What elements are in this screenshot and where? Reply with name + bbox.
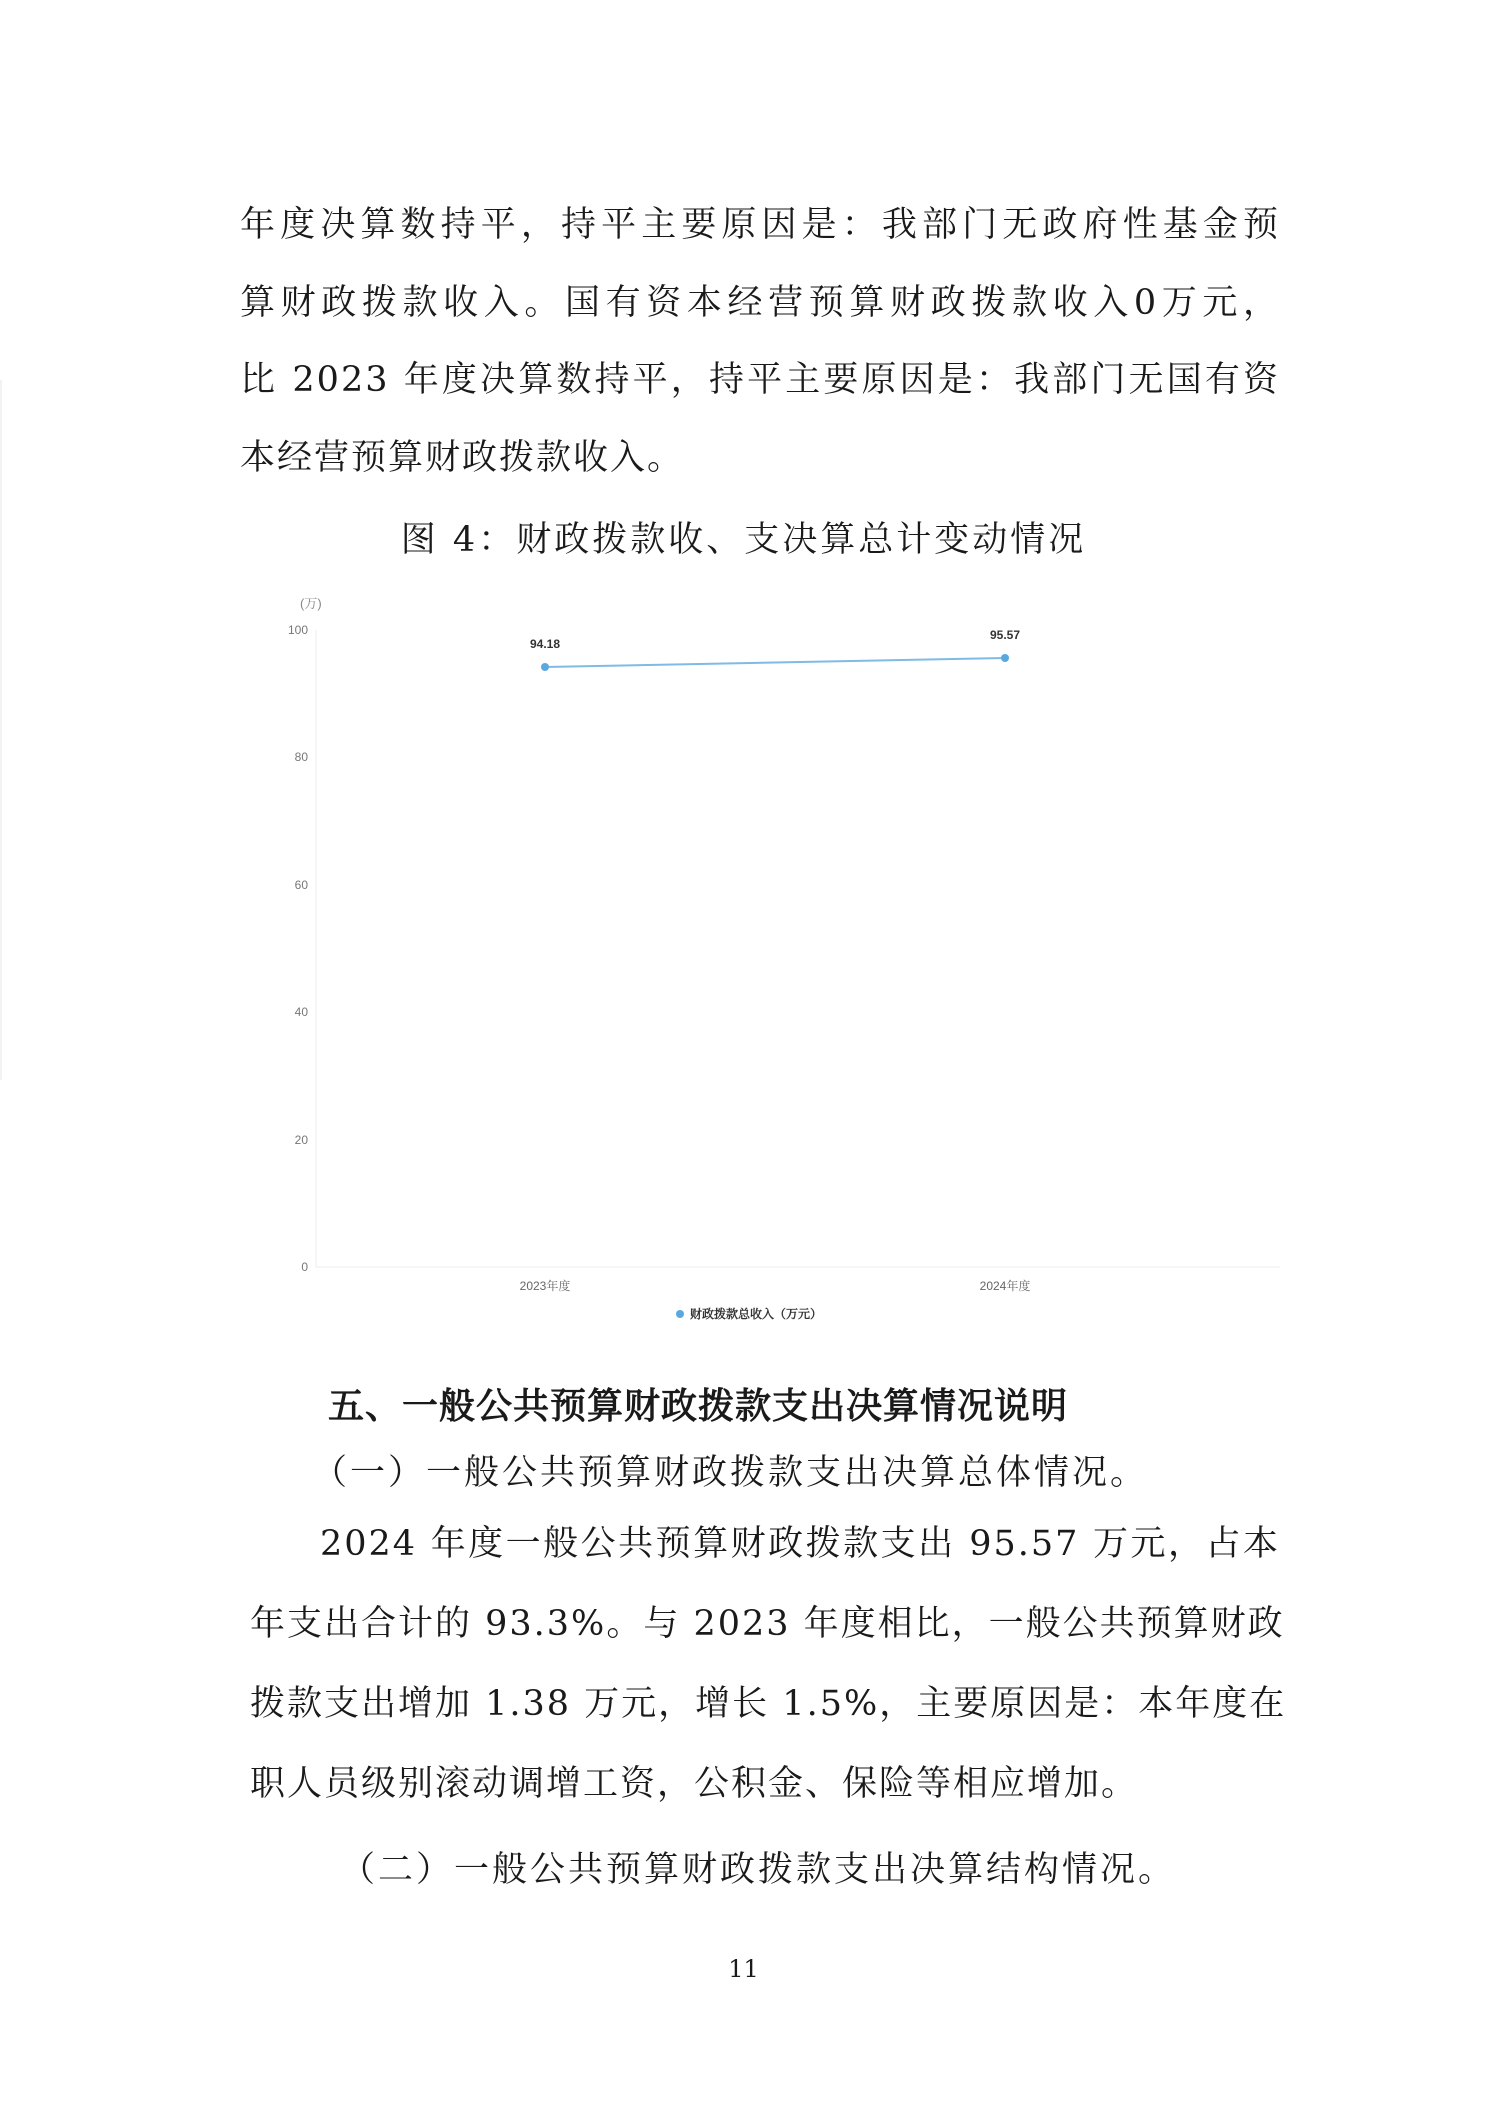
subheading: （二）一般公共预算财政拨款支出决算结构情况。 bbox=[340, 1842, 1176, 1892]
legend-marker-icon bbox=[676, 1310, 684, 1318]
y-tick-label: 0 bbox=[301, 1260, 308, 1274]
section-heading: 五、一般公共预算财政拨款支出决算情况说明 bbox=[328, 1378, 1068, 1429]
body-text-line: 年度决算数持平，持平主要原因是：我部门无政府性基金预 bbox=[240, 203, 1280, 247]
line-chart: (万) 100 80 60 40 20 0 94.18 95.57 2023年度… bbox=[260, 590, 1300, 1330]
body-text-line: 比 2023 年度决算数持平，持平主要原因是：我部门无国有资 bbox=[240, 358, 1280, 402]
data-label: 95.57 bbox=[990, 628, 1020, 642]
series-line bbox=[545, 658, 1005, 667]
legend-label: 财政拨款总收入（万元） bbox=[690, 1306, 822, 1321]
data-label: 94.18 bbox=[530, 637, 560, 651]
figure-caption: 图 4：财政拨款收、支决算总计变动情况 bbox=[0, 512, 1487, 562]
body-text-line: 年支出合计的 93.3%。与 2023 年度相比，一般公共预算财政 bbox=[250, 1602, 1280, 1646]
body-text-line: 2024 年度一般公共预算财政拨款支出 95.57 万元，占本 bbox=[320, 1522, 1280, 1566]
y-tick-label: 60 bbox=[295, 878, 309, 892]
y-tick-label: 20 bbox=[295, 1133, 309, 1147]
y-axis-unit: (万) bbox=[300, 596, 322, 611]
x-tick-label: 2024年度 bbox=[980, 1278, 1031, 1293]
subheading: （一）一般公共预算财政拨款支出决算总体情况。 bbox=[312, 1445, 1148, 1495]
data-point[interactable] bbox=[1001, 654, 1009, 662]
body-text-line: 职人员级别滚动调增工资，公积金、保险等相应增加。 bbox=[250, 1762, 1280, 1806]
y-tick-label: 80 bbox=[295, 750, 309, 764]
body-text-line: 算财政拨款收入。国有资本经营预算财政拨款收入0万元， bbox=[240, 281, 1280, 325]
y-tick-label: 40 bbox=[295, 1005, 309, 1019]
data-point[interactable] bbox=[541, 663, 549, 671]
body-text-line: 本经营预算财政拨款收入。 bbox=[240, 436, 1280, 480]
x-tick-label: 2023年度 bbox=[520, 1278, 571, 1293]
scan-edge-mark bbox=[0, 380, 2, 1080]
page-number: 11 bbox=[0, 1955, 1487, 1983]
y-tick-label: 100 bbox=[288, 623, 308, 637]
body-text-line: 拨款支出增加 1.38 万元，增长 1.5%，主要原因是：本年度在 bbox=[250, 1682, 1280, 1726]
